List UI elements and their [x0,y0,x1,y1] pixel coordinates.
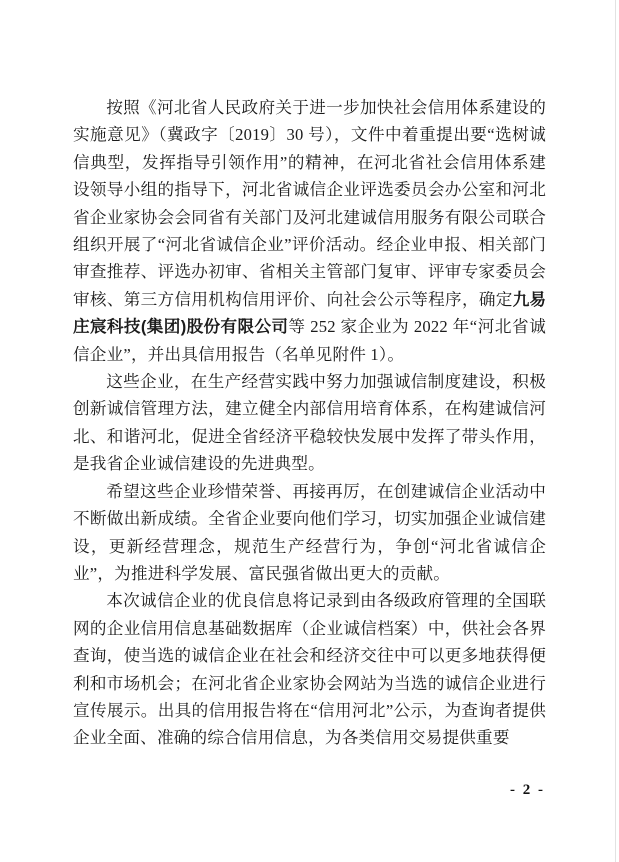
scan-edge-line [615,0,616,862]
paragraph-expectations: 希望这些企业珍惜荣誉、再接再厉，在创建诚信企业活动中不断做出新成绩。全省企业要向… [73,478,546,588]
page-number: - 2 - [510,782,545,799]
document-body: 按照《河北省人民政府关于进一步加快社会信用体系建设的实施意见》（冀政字〔2019… [73,94,546,752]
paragraph-1-text-before-company: 按照《河北省人民政府关于进一步加快社会信用体系建设的实施意见》（冀政字〔2019… [73,98,546,309]
paragraph-enterprise-merits: 这些企业，在生产经营实践中努力加强诚信制度建设，积极创新诚信管理方法，建立健全内… [73,368,546,478]
document-page: 按照《河北省人民政府关于进一步加快社会信用体系建设的实施意见》（冀政字〔2019… [0,0,619,862]
paragraph-credit-record-publicity: 本次诚信企业的优良信息将记录到由各级政府管理的全国联网的企业信用信息基础数据库（… [73,587,546,751]
paragraph-evaluation-process: 按照《河北省人民政府关于进一步加快社会信用体系建设的实施意见》（冀政字〔2019… [73,94,546,368]
